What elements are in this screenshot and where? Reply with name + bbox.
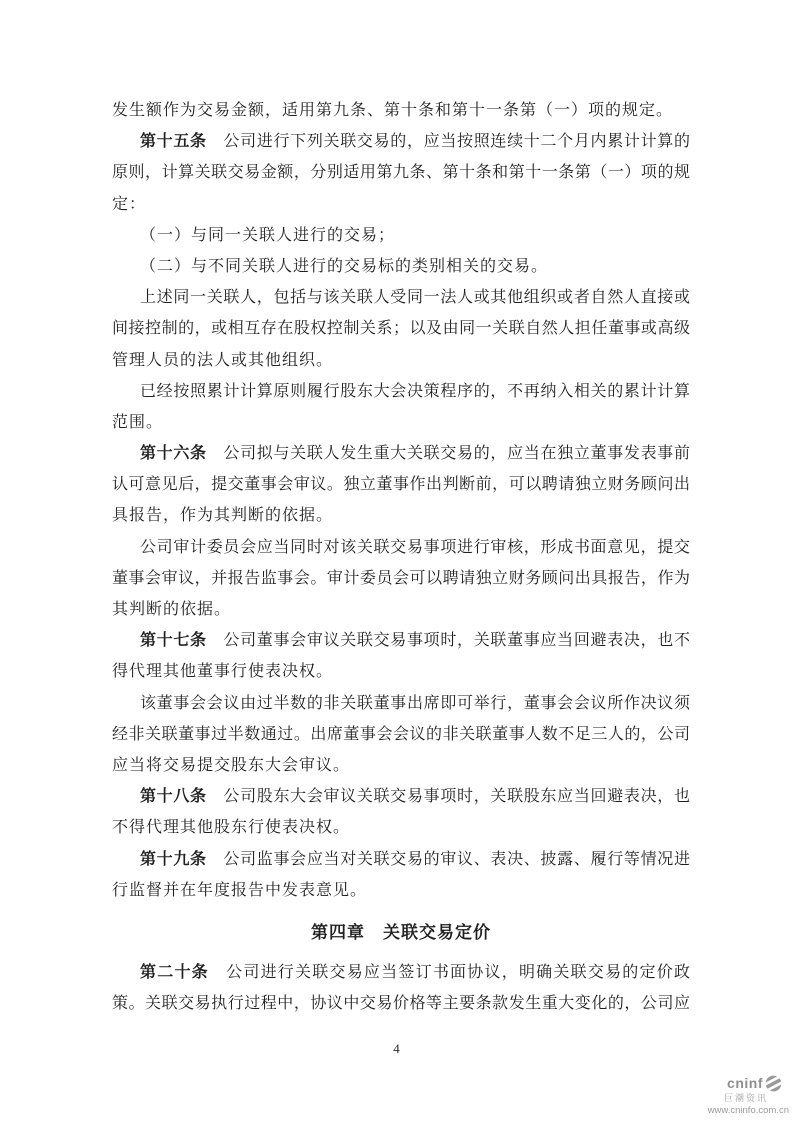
cninfo-wordmark-row: cninf <box>703 1075 789 1092</box>
text-run: 董事会审议，并报告监事会。审计委员会可以聘请独立财务顾问出具报告，作为 <box>112 570 690 587</box>
cninfo-wordmark: cninf <box>727 1076 763 1090</box>
text-run: 范围。 <box>112 414 163 431</box>
text-run: 得代理其他董事行使表决权。 <box>112 663 333 680</box>
text-line: 上述同一关联人，包括与该关联人受同一法人或其他组织或者自然人直接或 <box>112 282 690 313</box>
text-line: 得代理其他董事行使表决权。 <box>112 656 690 687</box>
text-line: 已经按照累计计算原则履行股东大会决策程序的，不再纳入相关的累计计算 <box>112 376 690 407</box>
text-line: 其判断的依据。 <box>112 594 690 625</box>
article-number: 第二十条 <box>140 964 209 981</box>
text-run: 管理人员的法人或其他组织。 <box>112 352 333 369</box>
text-line: 管理人员的法人或其他组织。 <box>112 345 690 376</box>
text-run: 定： <box>112 196 146 213</box>
text-run: 上述同一关联人，包括与该关联人受同一法人或其他组织或者自然人直接或 <box>140 289 690 306</box>
text-line: 定： <box>112 189 690 220</box>
text-run: 已经按照累计计算原则履行股东大会决策程序的，不再纳入相关的累计计算 <box>140 383 690 400</box>
text-line: 第十九条 公司监事会应当对关联交易的审议、表决、披露、履行等情况进 <box>112 844 690 875</box>
text-line: （一）与同一关联人进行的交易； <box>112 220 690 251</box>
text-line: 应当将交易提交股东大会审议。 <box>112 750 690 781</box>
text-run: 公司股东大会审议关联交易事项时，关联股东应当回避表决，也 <box>207 788 690 805</box>
text-line: 第十八条 公司股东大会审议关联交易事项时，关联股东应当回避表决，也 <box>112 781 690 812</box>
text-run: （一）与同一关联人进行的交易； <box>140 227 395 244</box>
page-number: 4 <box>0 1041 793 1057</box>
chapter-heading-text: 第四章 关联交易定价 <box>311 923 491 942</box>
text-run: 经非关联董事过半数通过。出席董事会会议的非关联董事人数不足三人的，公司 <box>112 726 690 743</box>
text-line: 策。关联交易执行过程中，协议中交易价格等主要条款发生重大变化的，公司应 <box>112 988 690 1019</box>
text-line: 第二十条 公司进行关联交易应当签订书面协议，明确关联交易的定价政 <box>112 957 690 988</box>
text-run: 行监督并在年度报告中发表意见。 <box>112 882 367 899</box>
text-run: 公司审计委员会应当同时对该关联交易事项进行审核，形成书面意见，提交 <box>140 539 690 556</box>
text-run: 其判断的依据。 <box>112 601 231 618</box>
text-line: 该董事会会议由过半数的非关联董事出席即可举行，董事会会议所作决议须 <box>112 688 690 719</box>
text-line: 第十五条 公司进行下列关联交易的，应当按照连续十二个月内累计计算的 <box>112 126 690 157</box>
text-run: 不得代理其他股东行使表决权。 <box>112 819 350 836</box>
text-run: 发生额作为交易金额，适用第九条、第十条和第十一条第（一）项的规定。 <box>112 102 673 119</box>
chapter-heading: 第四章 关联交易定价 <box>112 917 690 948</box>
article-number: 第十七条 <box>140 632 207 649</box>
text-line: 第十六条 公司拟与关联人发生重大关联交易的，应当在独立董事发表事前 <box>112 438 690 469</box>
page: 发生额作为交易金额，适用第九条、第十条和第十一条第（一）项的规定。第十五条 公司… <box>0 0 793 1122</box>
cninfo-logo: cninf 巨潮资讯 www.cninfo.com.cn <box>703 1075 789 1116</box>
text-line: 董事会审议，并报告监事会。审计委员会可以聘请独立财务顾问出具报告，作为 <box>112 563 690 594</box>
article-number: 第十八条 <box>140 788 207 805</box>
text-run: 公司进行下列关联交易的，应当按照连续十二个月内累计计算的 <box>207 133 690 150</box>
text-line: 不得代理其他股东行使表决权。 <box>112 812 690 843</box>
text-line: 经非关联董事过半数通过。出席董事会会议的非关联董事人数不足三人的，公司 <box>112 719 690 750</box>
text-run: 原则，计算关联交易金额，分别适用第九条、第十条和第十一条第（一）项的规 <box>112 164 690 181</box>
article-number: 第十九条 <box>140 851 207 868</box>
text-line: 原则，计算关联交易金额，分别适用第九条、第十条和第十一条第（一）项的规 <box>112 157 690 188</box>
article-number: 第十五条 <box>140 133 207 150</box>
text-line: 间接控制的，或相互存在股权控制关系；以及由同一关联自然人担任董事或高级 <box>112 313 690 344</box>
text-line: 公司审计委员会应当同时对该关联交易事项进行审核，形成书面意见，提交 <box>112 532 690 563</box>
text-run: 公司监事会应当对关联交易的审议、表决、披露、履行等情况进 <box>207 851 690 868</box>
text-run: 间接控制的，或相互存在股权控制关系；以及由同一关联自然人担任董事或高级 <box>112 320 690 337</box>
text-line: 具报告，作为其判断的依据。 <box>112 500 690 531</box>
cninfo-url: www.cninfo.com.cn <box>703 1106 789 1116</box>
article-number: 第十六条 <box>140 445 207 462</box>
text-line: 范围。 <box>112 407 690 438</box>
text-run: 认可意见后，提交董事会审议。独立董事作出判断前，可以聘请独立财务顾问出 <box>112 476 690 493</box>
text-line: 认可意见后，提交董事会审议。独立董事作出判断前，可以聘请独立财务顾问出 <box>112 469 690 500</box>
text-line: 发生额作为交易金额，适用第九条、第十条和第十一条第（一）项的规定。 <box>112 95 690 126</box>
cninfo-chinese-name: 巨潮资讯 <box>703 1094 789 1103</box>
text-line: 第十七条 公司董事会审议关联交易事项时，关联董事应当回避表决，也不 <box>112 625 690 656</box>
text-line: 行监督并在年度报告中发表意见。 <box>112 875 690 906</box>
text-run: （二）与不同关联人进行的交易标的类别相关的交易。 <box>140 258 548 275</box>
document-flow: 发生额作为交易金额，适用第九条、第十条和第十一条第（一）项的规定。第十五条 公司… <box>112 95 690 1019</box>
text-run: 公司进行关联交易应当签订书面协议，明确关联交易的定价政 <box>209 964 690 981</box>
text-run: 策。关联交易执行过程中，协议中交易价格等主要条款发生重大变化的，公司应 <box>112 995 690 1012</box>
text-line: （二）与不同关联人进行的交易标的类别相关的交易。 <box>112 251 690 282</box>
text-run: 公司拟与关联人发生重大关联交易的，应当在独立董事发表事前 <box>207 445 690 462</box>
text-run: 公司董事会审议关联交易事项时，关联董事应当回避表决，也不 <box>207 632 690 649</box>
text-run: 该董事会会议由过半数的非关联董事出席即可举行，董事会会议所作决议须 <box>140 695 690 712</box>
text-run: 具报告，作为其判断的依据。 <box>112 507 333 524</box>
text-run: 应当将交易提交股东大会审议。 <box>112 757 350 774</box>
cninfo-swirl-icon <box>765 1075 782 1092</box>
